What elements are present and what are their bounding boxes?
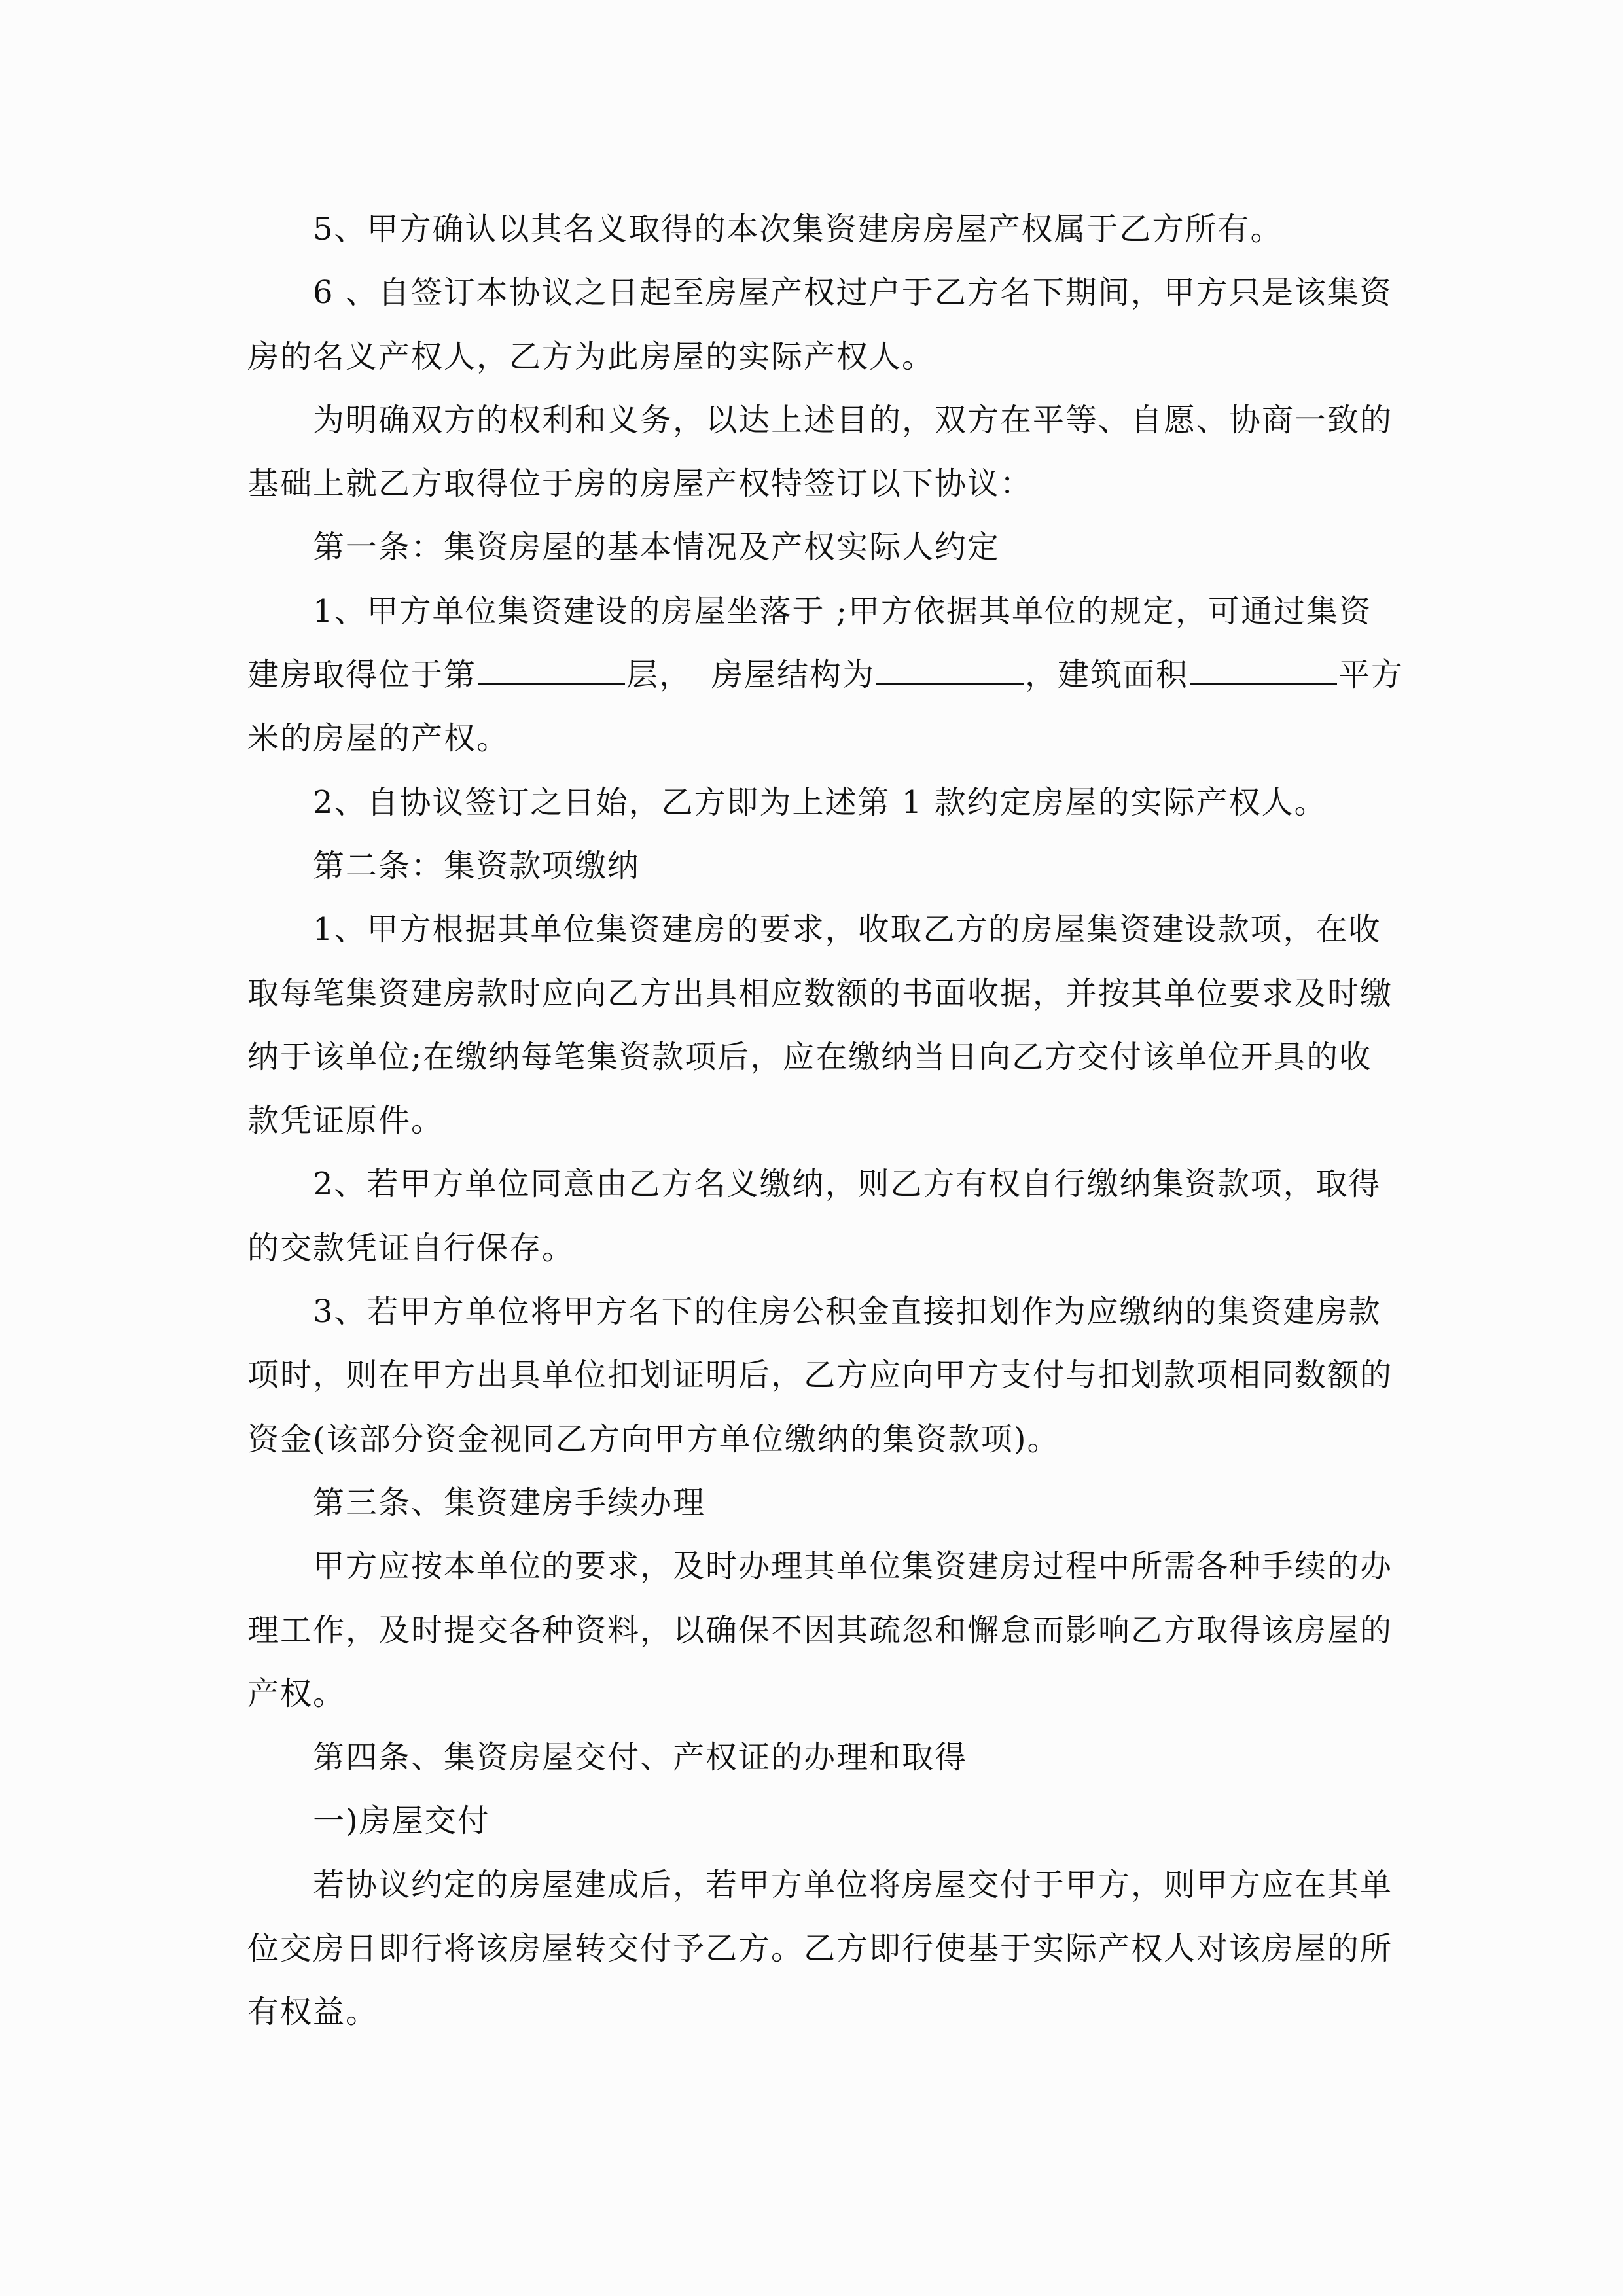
floor-blank-field[interactable] bbox=[478, 655, 625, 685]
paragraph-text: 项时，则在甲方出具单位扣划证明后，乙方应向甲方支付与扣划款项相同数额的 bbox=[247, 1357, 1393, 1393]
paragraph-text: 甲方应按本单位的要求，及时办理其单位集资建房过程中所需各种手续的办 bbox=[313, 1548, 1393, 1585]
heading-text: 第二条：集资款项缴纳 bbox=[313, 848, 640, 884]
article-2-item-1: 1、甲方根据其单位集资建房的要求，收取乙方的房屋集资建设款项，在收 bbox=[247, 908, 1376, 972]
article-1-heading: 第一条：集资房屋的基本情况及产权实际人约定 bbox=[247, 526, 1376, 590]
paragraph-text: 1、甲方单位集资建设的房屋坐落于 ;甲方依据其单位的规定，可通过集资 bbox=[313, 593, 1372, 630]
article-1-item-2: 2、自协议签订之日始，乙方即为上述第 1 款约定房屋的实际产权人。 bbox=[247, 781, 1376, 845]
paragraph-text: 房屋结构为 bbox=[711, 656, 875, 693]
paragraph-item-6: 6 、自签订本协议之日起至房屋产权过户于乙方名下期间，甲方只是该集资 bbox=[247, 272, 1376, 335]
paragraph-text: 6 、自签订本协议之日起至房屋产权过户于乙方名下期间，甲方只是该集资 bbox=[313, 274, 1393, 311]
paragraph-text: 若协议约定的房屋建成后，若甲方单位将房屋交付于甲方，则甲方应在其单 bbox=[313, 1867, 1393, 1903]
paragraph-item-5: 5、甲方确认以其名义取得的本次集资建房房屋产权属于乙方所有。 bbox=[247, 208, 1376, 272]
paragraph-text: 位交房日即行将该房屋转交付予乙方。乙方即行使基于实际产权人对该房屋的所 bbox=[247, 1930, 1393, 1967]
paragraph-item-6-continued: 房的名义产权人，乙方为此房屋的实际产权人。 bbox=[247, 336, 1376, 399]
heading-text: 一)房屋交付 bbox=[313, 1803, 490, 1839]
article-2-item-1-continued: 纳于该单位;在缴纳每笔集资款项后，应在缴纳当日向乙方交付该单位开具的收 bbox=[247, 1036, 1376, 1100]
paragraph-text: 米的房屋的产权。 bbox=[247, 720, 509, 757]
article-2-item-3-continued: 项时，则在甲方出具单位扣划证明后，乙方应向甲方支付与扣划款项相同数额的 bbox=[247, 1354, 1376, 1418]
paragraph-preamble-continued: 基础上就乙方取得位于房的房屋产权特签订以下协议： bbox=[247, 463, 1376, 526]
paragraph-text: ，建筑面积 bbox=[1025, 656, 1188, 693]
article-2-item-2-continued: 的交款凭证自行保存。 bbox=[247, 1227, 1376, 1291]
paragraph-text: 为明确双方的权利和义务，以达上述目的，双方在平等、自愿、协商一致的 bbox=[313, 402, 1393, 439]
article-3-heading: 第三条、集资建房手续办理 bbox=[247, 1482, 1376, 1545]
article-3-body: 甲方应按本单位的要求，及时办理其单位集资建房过程中所需各种手续的办 bbox=[247, 1545, 1376, 1609]
article-2-item-3-continued: 资金(该部分资金视同乙方向甲方单位缴纳的集资款项)。 bbox=[247, 1418, 1376, 1482]
paragraph-text: 房的名义产权人，乙方为此房屋的实际产权人。 bbox=[247, 338, 935, 375]
article-4-heading: 第四条、集资房屋交付、产权证的办理和取得 bbox=[247, 1736, 1376, 1800]
paragraph-text: 资金(该部分资金视同乙方向甲方单位缴纳的集资款项)。 bbox=[247, 1421, 1060, 1458]
paragraph-text: 有权益。 bbox=[247, 1994, 378, 2030]
article-2-heading: 第二条：集资款项缴纳 bbox=[247, 845, 1376, 908]
article-1-item-1-continued: 米的房屋的产权。 bbox=[247, 717, 1376, 781]
heading-text: 第四条、集资房屋交付、产权证的办理和取得 bbox=[313, 1739, 967, 1776]
heading-text: 第三条、集资建房手续办理 bbox=[313, 1484, 705, 1521]
document-body: 5、甲方确认以其名义取得的本次集资建房房屋产权属于乙方所有。 6 、自签订本协议… bbox=[247, 208, 1376, 2055]
heading-text: 第一条：集资房屋的基本情况及产权实际人约定 bbox=[313, 529, 1000, 565]
article-4-subsection-1-body-continued: 位交房日即行将该房屋转交付予乙方。乙方即行使基于实际产权人对该房屋的所 bbox=[247, 1928, 1376, 1991]
paragraph-text: 建房取得位于第 bbox=[247, 656, 476, 693]
article-4-subsection-1-body-continued: 有权益。 bbox=[247, 1991, 1376, 2054]
paragraph-text: 2、自协议签订之日始，乙方即为上述第 1 款约定房屋的实际产权人。 bbox=[313, 784, 1327, 821]
structure-blank-field[interactable] bbox=[876, 655, 1024, 685]
area-blank-field[interactable] bbox=[1190, 655, 1337, 685]
paragraph-text: 取每笔集资建房款时应向乙方出具相应数额的书面收据，并按其单位要求及时缴 bbox=[247, 975, 1393, 1012]
paragraph-text: 层， bbox=[626, 656, 692, 693]
article-3-body-continued: 理工作，及时提交各种资料，以确保不因其疏忽和懈怠而影响乙方取得该房屋的 bbox=[247, 1609, 1376, 1673]
article-2-item-2: 2、若甲方单位同意由乙方名义缴纳，则乙方有权自行缴纳集资款项，取得 bbox=[247, 1163, 1376, 1227]
paragraph-text: 款凭证原件。 bbox=[247, 1102, 444, 1139]
article-4-subsection-1-body: 若协议约定的房屋建成后，若甲方单位将房屋交付于甲方，则甲方应在其单 bbox=[247, 1864, 1376, 1928]
paragraph-text: 纳于该单位;在缴纳每笔集资款项后，应在缴纳当日向乙方交付该单位开具的收 bbox=[247, 1039, 1372, 1075]
article-1-item-1-fill-line: 建房取得位于第层，房屋结构为，建筑面积平方 bbox=[247, 654, 1376, 717]
paragraph-text: 5、甲方确认以其名义取得的本次集资建房房屋产权属于乙方所有。 bbox=[313, 211, 1283, 247]
paragraph-text: 产权。 bbox=[247, 1676, 346, 1712]
paragraph-text: 3、若甲方单位将甲方名下的住房公积金直接扣划作为应缴纳的集资建房款 bbox=[313, 1293, 1382, 1330]
paragraph-text: 基础上就乙方取得位于房的房屋产权特签订以下协议： bbox=[247, 465, 1033, 502]
paragraph-text: 2、若甲方单位同意由乙方名义缴纳，则乙方有权自行缴纳集资款项，取得 bbox=[313, 1166, 1382, 1202]
article-4-subsection-1-heading: 一)房屋交付 bbox=[247, 1800, 1376, 1863]
article-2-item-3: 3、若甲方单位将甲方名下的住房公积金直接扣划作为应缴纳的集资建房款 bbox=[247, 1291, 1376, 1354]
article-1-item-1: 1、甲方单位集资建设的房屋坐落于 ;甲方依据其单位的规定，可通过集资 bbox=[247, 590, 1376, 654]
article-2-item-1-continued: 取每笔集资建房款时应向乙方出具相应数额的书面收据，并按其单位要求及时缴 bbox=[247, 973, 1376, 1036]
paragraph-text: 平方 bbox=[1338, 656, 1404, 693]
paragraph-preamble: 为明确双方的权利和义务，以达上述目的，双方在平等、自愿、协商一致的 bbox=[247, 399, 1376, 463]
paragraph-text: 理工作，及时提交各种资料，以确保不因其疏忽和懈怠而影响乙方取得该房屋的 bbox=[247, 1612, 1393, 1649]
paragraph-text: 的交款凭证自行保存。 bbox=[247, 1230, 575, 1266]
document-page: 5、甲方确认以其名义取得的本次集资建房房屋产权属于乙方所有。 6 、自签订本协议… bbox=[0, 0, 1623, 2296]
article-3-body-continued: 产权。 bbox=[247, 1673, 1376, 1736]
paragraph-text: 1、甲方根据其单位集资建房的要求，收取乙方的房屋集资建设款项，在收 bbox=[313, 911, 1382, 948]
article-2-item-1-continued: 款凭证原件。 bbox=[247, 1100, 1376, 1163]
